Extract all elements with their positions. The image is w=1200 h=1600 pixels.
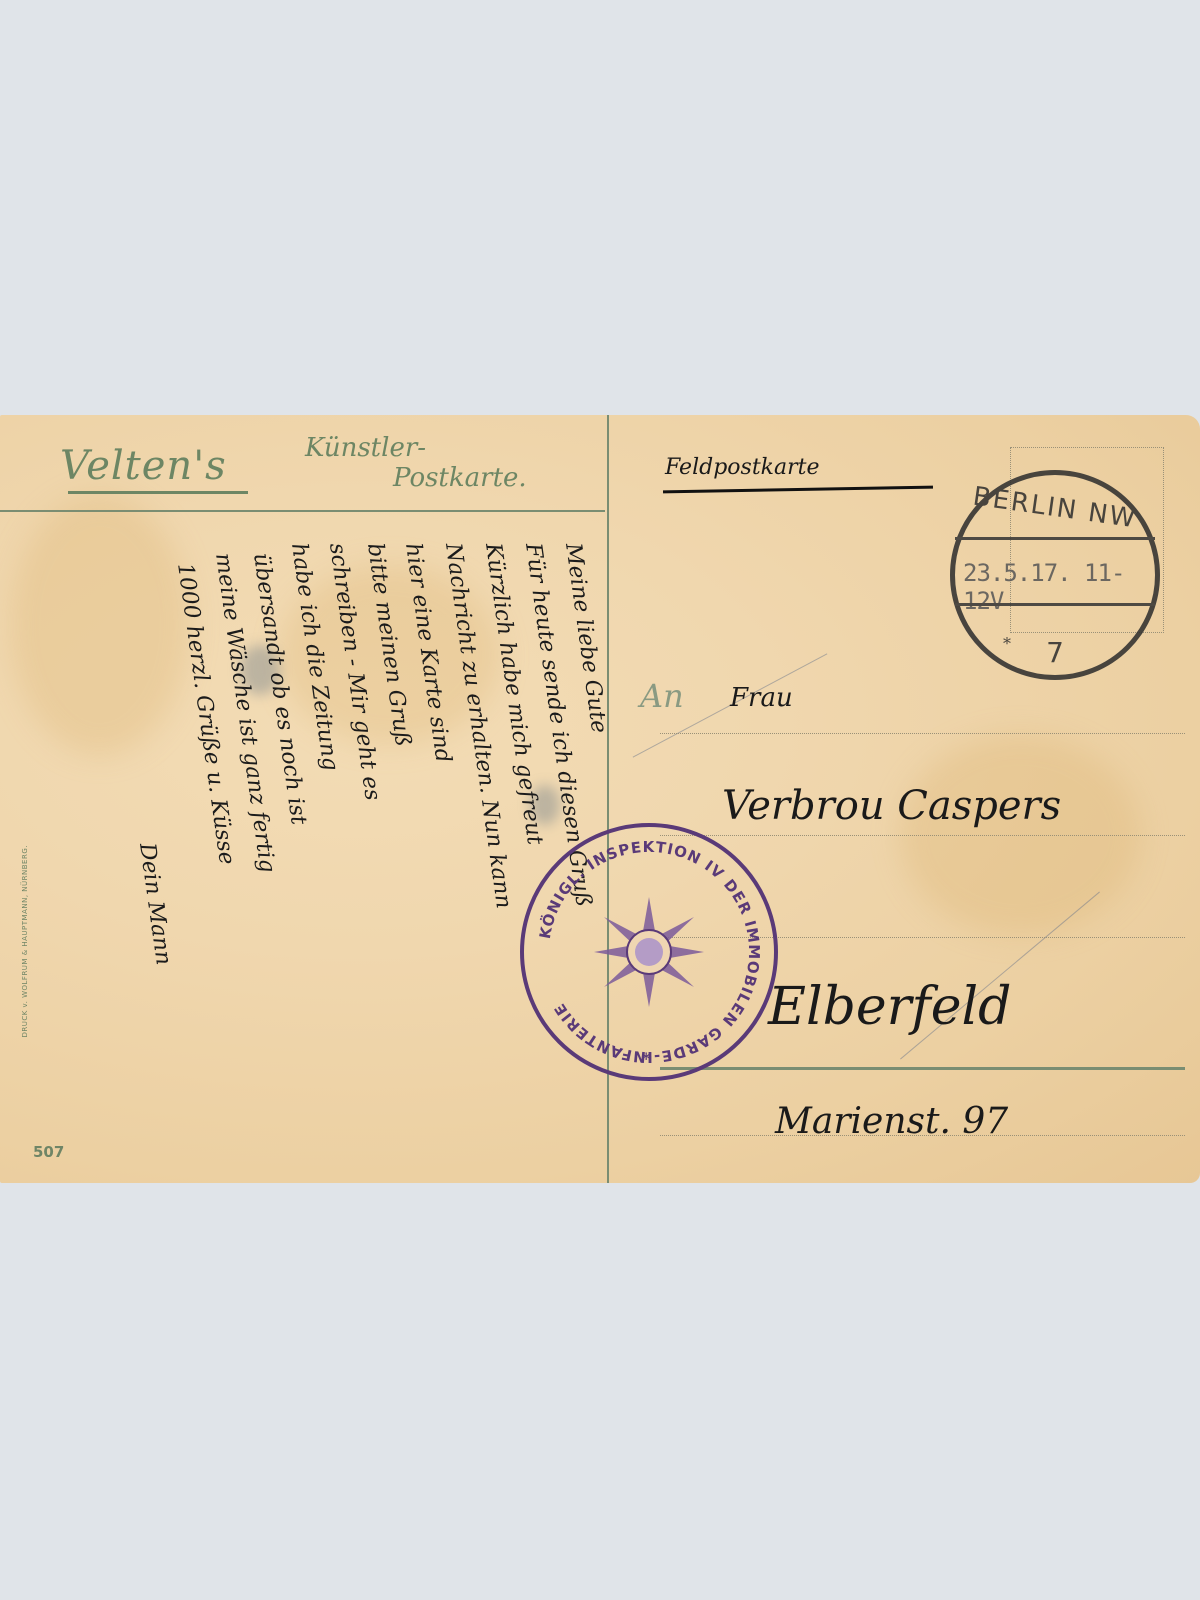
printer-credit: DRUCK v. WOLFRUM & HAUPTMANN, NÜRNBERG. (21, 845, 29, 1038)
handwritten-message: Meine liebe Gute Für heute sende ich die… (80, 545, 580, 1165)
service-note-underline (663, 486, 933, 494)
address-prefix: An (640, 677, 684, 715)
header-rule (0, 510, 605, 512)
postmark-office-number: 7 (955, 636, 1155, 669)
service-note: Feldpostkarte (665, 455, 819, 480)
recipient-city: Elberfeld (768, 977, 1011, 1037)
postcard: Velten's Künstler- Postkarte. Meine lieb… (0, 415, 1200, 1183)
publisher-brand: Velten's (60, 443, 227, 489)
address-line (660, 733, 1185, 734)
military-seal: KÖNIGL. INSPEKTION IV DER IMMOBILEN GARD… (520, 823, 778, 1081)
recipient-line-2: Verbrou Caspers (722, 783, 1061, 829)
message-signature: Dein Mann (134, 842, 176, 967)
title-line-2: Postkarte. (393, 463, 527, 493)
address-line (660, 1135, 1185, 1136)
recipient-line-1: Frau (730, 683, 793, 713)
guard-star-icon (594, 897, 704, 1007)
postmark-band (955, 603, 1155, 606)
title-line-1: Künstler- (305, 433, 426, 463)
postmark: BERLIN NW 23.5.17. 11-12V * 7 (950, 470, 1160, 680)
postmark-band (955, 537, 1155, 540)
card-number: 507 (33, 1143, 64, 1161)
postmark-date: 23.5.17. 11-12V (963, 559, 1155, 615)
brand-underline (68, 491, 248, 494)
seal-star-mark: * (642, 1049, 650, 1068)
